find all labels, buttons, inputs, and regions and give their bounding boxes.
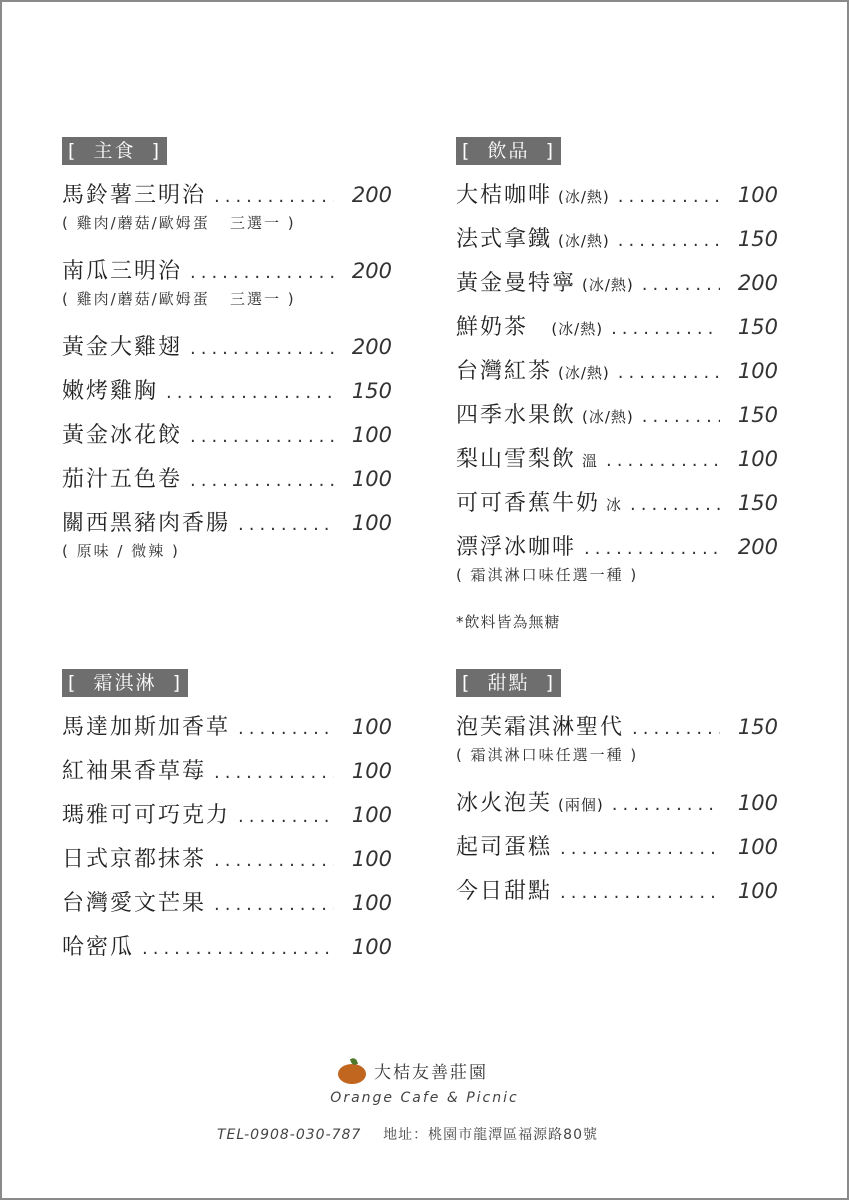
dot-leader: ........................................ <box>642 401 720 433</box>
item-name: 泡芙霜淇淋聖代 <box>456 712 624 744</box>
section-title-icecream: [ 霜淇淋 ] <box>62 669 188 697</box>
dot-leader: ........................................ <box>611 313 720 345</box>
dot-leader: ........................................ <box>238 509 334 541</box>
section-icecream: [ 霜淇淋 ] 馬達加斯加香草.........................… <box>62 669 392 975</box>
menu-item-row: 冰火泡芙(兩個)................................… <box>456 787 778 819</box>
dot-leader: ........................................ <box>642 269 720 301</box>
item-option: 溫 <box>582 445 598 477</box>
menu-item: 嫩烤雞胸....................................… <box>62 375 392 419</box>
item-price: 100 <box>344 799 392 831</box>
menu-item-row: 可可香蕉牛奶冰.................................… <box>456 487 778 519</box>
orange-icon <box>338 1059 366 1083</box>
menu-item-row: 黃金大雞翅...................................… <box>62 331 392 363</box>
dot-leader: ........................................ <box>214 757 334 789</box>
menu-item-row: 鮮奶茶 (冰/熱)...............................… <box>456 311 778 343</box>
dot-leader: ........................................ <box>618 357 720 389</box>
item-note: ( 雞肉/蘑菇/歐姆蛋 三選一 ) <box>62 289 392 309</box>
dot-leader: ........................................ <box>142 933 334 965</box>
item-price: 100 <box>730 787 778 819</box>
menu-item: 馬鈴薯三明治..................................… <box>62 179 392 255</box>
item-price: 100 <box>344 843 392 875</box>
item-price: 150 <box>730 399 778 431</box>
menu-item: 黃金曼特寧(冰/熱)..............................… <box>456 267 778 311</box>
item-price: 100 <box>344 419 392 451</box>
menu-item-row: 起司蛋糕....................................… <box>456 831 778 863</box>
menu-item: 今日甜點....................................… <box>456 875 778 919</box>
menu-item-row: 馬達加斯加香草.................................… <box>62 711 392 743</box>
section-main: [ 主食 ] 馬鈴薯三明治...........................… <box>62 137 392 583</box>
menu-item: 大桔咖啡(冰/熱)...............................… <box>456 179 778 223</box>
item-price: 100 <box>344 931 392 963</box>
brand-english-name: Orange Cafe & Picnic <box>0 1090 849 1106</box>
menu-item-row: 哈密瓜.....................................… <box>62 931 392 963</box>
item-name: 台灣紅茶 <box>456 356 552 388</box>
menu-item: 法式拿鐵(冰/熱)...............................… <box>456 223 778 267</box>
menu-item-row: 茄汁五色卷...................................… <box>62 463 392 495</box>
item-price: 100 <box>344 463 392 495</box>
dot-leader: ........................................ <box>214 889 334 921</box>
menu-item-row: 大桔咖啡(冰/熱)...............................… <box>456 179 778 211</box>
menu-item-row: 黃金曼特寧(冰/熱)..............................… <box>456 267 778 299</box>
menu-item-row: 今日甜點....................................… <box>456 875 778 907</box>
item-price: 100 <box>344 887 392 919</box>
menu-item-row: 四季水果飲(冰/熱)..............................… <box>456 399 778 431</box>
menu-item-row: 瑪雅可可巧克力.................................… <box>62 799 392 831</box>
dot-leader: ........................................ <box>214 845 334 877</box>
dot-leader: ........................................ <box>612 789 720 821</box>
item-price: 200 <box>344 331 392 363</box>
item-name: 可可香蕉牛奶 <box>456 488 600 520</box>
item-price: 100 <box>730 179 778 211</box>
item-name: 黃金冰花餃 <box>62 420 182 452</box>
menu-item-row: 漂浮冰咖啡...................................… <box>456 531 778 563</box>
menu-item: 瑪雅可可巧克力.................................… <box>62 799 392 843</box>
menu-item: 日式京都抹茶..................................… <box>62 843 392 887</box>
item-name: 法式拿鐵 <box>456 224 552 256</box>
menu-item-row: 台灣愛文芒果..................................… <box>62 887 392 919</box>
item-price: 150 <box>344 375 392 407</box>
item-name: 哈密瓜 <box>62 932 134 964</box>
item-option: (兩個) <box>558 789 604 821</box>
menu-item: 關西黑豬肉香腸.................................… <box>62 507 392 583</box>
dot-leader: ........................................ <box>238 713 334 745</box>
item-note: ( 霜淇淋口味任選一種 ) <box>456 745 778 765</box>
menu-item: 黃金大雞翅...................................… <box>62 331 392 375</box>
item-price: 100 <box>730 875 778 907</box>
menu-item-row: 日式京都抹茶..................................… <box>62 843 392 875</box>
item-price: 200 <box>730 531 778 563</box>
item-option: (冰/熱) <box>582 269 634 301</box>
menu-item-row: 台灣紅茶(冰/熱)...............................… <box>456 355 778 387</box>
section-title-drinks: [ 飲品 ] <box>456 137 561 165</box>
dot-leader: ........................................ <box>618 181 720 213</box>
item-name: 馬達加斯加香草 <box>62 712 230 744</box>
item-price: 150 <box>730 711 778 743</box>
dot-leader: ........................................ <box>238 801 334 833</box>
item-option: 冰 <box>606 489 622 521</box>
menu-item-row: 嫩烤雞胸....................................… <box>62 375 392 407</box>
menu-item: 紅袖果香草莓..................................… <box>62 755 392 799</box>
item-name: 日式京都抹茶 <box>62 844 206 876</box>
item-price: 150 <box>730 311 778 343</box>
menu-item-row: 梨山雪梨飲溫..................................… <box>456 443 778 475</box>
item-name: 紅袖果香草莓 <box>62 756 206 788</box>
item-price: 200 <box>344 179 392 211</box>
dot-leader: ........................................ <box>618 225 720 257</box>
dot-leader: ........................................ <box>560 877 720 909</box>
item-name: 南瓜三明治 <box>62 256 182 288</box>
menu-item: 茄汁五色卷...................................… <box>62 463 392 507</box>
item-price: 100 <box>730 831 778 863</box>
menu-item: 梨山雪梨飲溫..................................… <box>456 443 778 487</box>
item-note: ( 原味 / 微辣 ) <box>62 541 392 561</box>
dot-leader: ........................................ <box>190 421 334 453</box>
dot-leader: ........................................ <box>584 533 720 565</box>
menu-item: 鮮奶茶 (冰/熱)...............................… <box>456 311 778 355</box>
item-price: 100 <box>730 443 778 475</box>
dot-leader: ........................................ <box>606 445 720 477</box>
contact-info: TEL-0908-030-787 地址：桃園市龍潭區福源路80號 <box>0 1124 815 1144</box>
item-name: 四季水果飲 <box>456 400 576 432</box>
item-name: 關西黑豬肉香腸 <box>62 508 230 540</box>
item-price: 100 <box>344 711 392 743</box>
item-price: 100 <box>344 755 392 787</box>
item-option: (冰/熱) <box>534 313 603 345</box>
item-note: ( 霜淇淋口味任選一種 ) <box>456 565 778 585</box>
section-drinks: [ 飲品 ] 大桔咖啡(冰/熱)........................… <box>456 137 778 632</box>
section-title-dessert: [ 甜點 ] <box>456 669 561 697</box>
address: 地址：桃園市龍潭區福源路80號 <box>383 1127 598 1143</box>
menu-item: 黃金冰花餃...................................… <box>62 419 392 463</box>
item-name: 黃金曼特寧 <box>456 268 576 300</box>
menu-item-row: 泡芙霜淇淋聖代.................................… <box>456 711 778 743</box>
item-name: 黃金大雞翅 <box>62 332 182 364</box>
item-name: 起司蛋糕 <box>456 832 552 864</box>
menu-item-row: 黃金冰花餃...................................… <box>62 419 392 451</box>
section-title-main: [ 主食 ] <box>62 137 167 165</box>
item-name: 馬鈴薯三明治 <box>62 180 206 212</box>
menu-item: 可可香蕉牛奶冰.................................… <box>456 487 778 531</box>
item-option: (冰/熱) <box>582 401 634 433</box>
dot-leader: ........................................ <box>630 489 720 521</box>
dot-leader: ........................................ <box>214 181 334 213</box>
menu-item: 南瓜三明治...................................… <box>62 255 392 331</box>
menu-item: 台灣愛文芒果..................................… <box>62 887 392 931</box>
item-option: (冰/熱) <box>558 181 610 213</box>
item-name: 嫩烤雞胸 <box>62 376 158 408</box>
menu-item: 哈密瓜.....................................… <box>62 931 392 975</box>
menu-item: 台灣紅茶(冰/熱)...............................… <box>456 355 778 399</box>
item-price: 100 <box>730 355 778 387</box>
item-note: ( 雞肉/蘑菇/歐姆蛋 三選一 ) <box>62 213 392 233</box>
item-price: 200 <box>730 267 778 299</box>
item-price: 150 <box>730 223 778 255</box>
item-name: 漂浮冰咖啡 <box>456 532 576 564</box>
dot-leader: ........................................ <box>190 257 334 289</box>
dot-leader: ........................................ <box>560 833 720 865</box>
drinks-footnote: *飲料皆為無糖 <box>456 611 778 632</box>
item-price: 100 <box>344 507 392 539</box>
item-price: 150 <box>730 487 778 519</box>
item-name: 梨山雪梨飲 <box>456 444 576 476</box>
menu-item: 馬達加斯加香草.................................… <box>62 711 392 755</box>
item-name: 茄汁五色卷 <box>62 464 182 496</box>
item-name: 瑪雅可可巧克力 <box>62 800 230 832</box>
item-name: 鮮奶茶 <box>456 312 528 344</box>
menu-item: 起司蛋糕....................................… <box>456 831 778 875</box>
menu-item-row: 關西黑豬肉香腸.................................… <box>62 507 392 539</box>
item-price: 200 <box>344 255 392 287</box>
menu-item-row: 紅袖果香草莓..................................… <box>62 755 392 787</box>
menu-item: 冰火泡芙(兩個)................................… <box>456 787 778 831</box>
menu-item: 漂浮冰咖啡...................................… <box>456 531 778 607</box>
brand-logo: 大桔友善莊園 <box>338 1058 488 1083</box>
item-name: 冰火泡芙 <box>456 788 552 820</box>
menu-item-row: 南瓜三明治...................................… <box>62 255 392 287</box>
menu-item: 泡芙霜淇淋聖代.................................… <box>456 711 778 787</box>
section-dessert: [ 甜點 ] 泡芙霜淇淋聖代..........................… <box>456 669 778 919</box>
menu-item-row: 法式拿鐵(冰/熱)...............................… <box>456 223 778 255</box>
item-name: 台灣愛文芒果 <box>62 888 206 920</box>
menu-item-row: 馬鈴薯三明治..................................… <box>62 179 392 211</box>
dot-leader: ........................................ <box>632 713 720 745</box>
item-name: 大桔咖啡 <box>456 180 552 212</box>
dot-leader: ........................................ <box>190 465 334 497</box>
menu-item: 四季水果飲(冰/熱)..............................… <box>456 399 778 443</box>
dot-leader: ........................................ <box>166 377 334 409</box>
phone-number: TEL-0908-030-787 <box>217 1127 361 1143</box>
item-option: (冰/熱) <box>558 357 610 389</box>
dot-leader: ........................................ <box>190 333 334 365</box>
item-name: 今日甜點 <box>456 876 552 908</box>
brand-name: 大桔友善莊園 <box>374 1058 488 1083</box>
item-option: (冰/熱) <box>558 225 610 257</box>
